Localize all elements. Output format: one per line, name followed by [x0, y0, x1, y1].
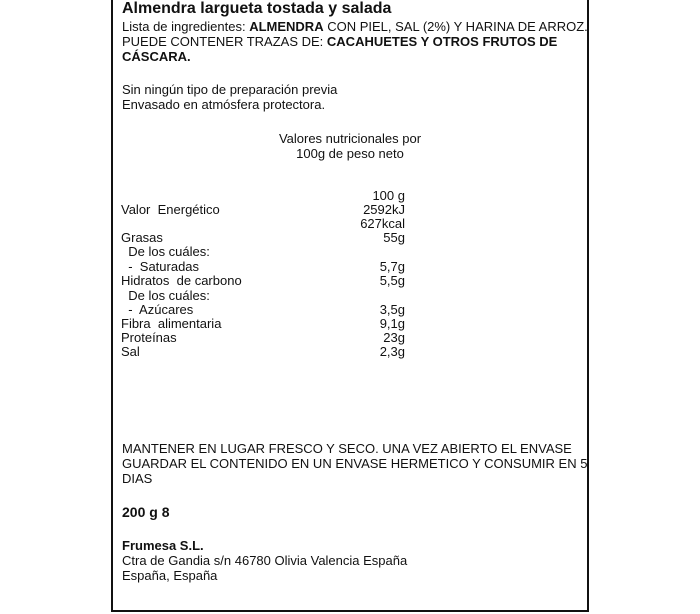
preparation-note: Sin ningún tipo de preparación previa [122, 82, 337, 97]
nutrition-row-value: 5,5g [313, 274, 405, 288]
nutrition-row-label: - Saturadas [121, 260, 199, 274]
nutrition-row-label: De los cuáles: [121, 245, 210, 259]
company-address: Ctra de Gandia s/n 46780 Olivia Valencia… [122, 553, 407, 568]
nutrition-row-label: - Azúcares [121, 303, 193, 317]
ingredients-line: Lista de ingredientes: ALMENDRA CON PIEL… [122, 19, 588, 34]
nutrition-subheader: 100g de peso neto [113, 146, 587, 161]
traces-allergens: CACAHUETES Y OTROS FRUTOS DE [327, 34, 557, 49]
nutrition-row-value: 2592kJ [313, 203, 405, 217]
nutrition-row-label: Valor Energético [121, 203, 220, 217]
company-name: Frumesa S.L. [122, 538, 204, 553]
storage-line-2: GUARDAR EL CONTENIDO EN UN ENVASE HERMET… [122, 456, 587, 471]
nutrition-row-label: Sal [121, 345, 140, 359]
nutrition-row-value: 2,3g [313, 345, 405, 359]
traces-allergens-cont: CÁSCARA. [122, 49, 191, 64]
nutrition-column-header: 100 g [313, 189, 405, 203]
nutrition-row-value: 3,5g [313, 303, 405, 317]
storage-line-3: DIAS [122, 471, 152, 486]
ingredients-prefix: Lista de ingredientes: [122, 19, 249, 34]
nutrition-row-value: 55g [313, 231, 405, 245]
nutrition-row-label: Fibra alimentaria [121, 317, 221, 331]
company-country: España, España [122, 568, 217, 583]
nutrition-row-label: Grasas [121, 231, 163, 245]
nutrition-row-label: De los cuáles: [121, 289, 210, 303]
nutrition-row-value: 9,1g [313, 317, 405, 331]
nutrition-row-value: 23g [313, 331, 405, 345]
storage-line-1: MANTENER EN LUGAR FRESCO Y SECO. UNA VEZ… [122, 441, 572, 456]
nutrition-row-value: 5,7g [313, 260, 405, 274]
nutrition-row-label: Proteínas [121, 331, 177, 345]
net-weight: 200 g 8 [122, 505, 169, 520]
nutrition-row-label: Hidratos de carbono [121, 274, 242, 288]
label-box: Almendra largueta tostada y salada Lista… [111, 0, 589, 612]
nutrition-row-value: 627kcal [313, 217, 405, 231]
traces-line: PUEDE CONTENER TRAZAS DE: CACAHUETES Y O… [122, 34, 557, 49]
ingredients-rest: CON PIEL, SAL (2%) Y HARINA DE ARROZ. [324, 19, 588, 34]
nutrition-header: Valores nutricionales por [113, 131, 587, 146]
packaging-note: Envasado en atmósfera protectora. [122, 97, 325, 112]
traces-prefix: PUEDE CONTENER TRAZAS DE: [122, 34, 327, 49]
product-title: Almendra largueta tostada y salada [122, 0, 391, 18]
ingredients-allergen: ALMENDRA [249, 19, 323, 34]
